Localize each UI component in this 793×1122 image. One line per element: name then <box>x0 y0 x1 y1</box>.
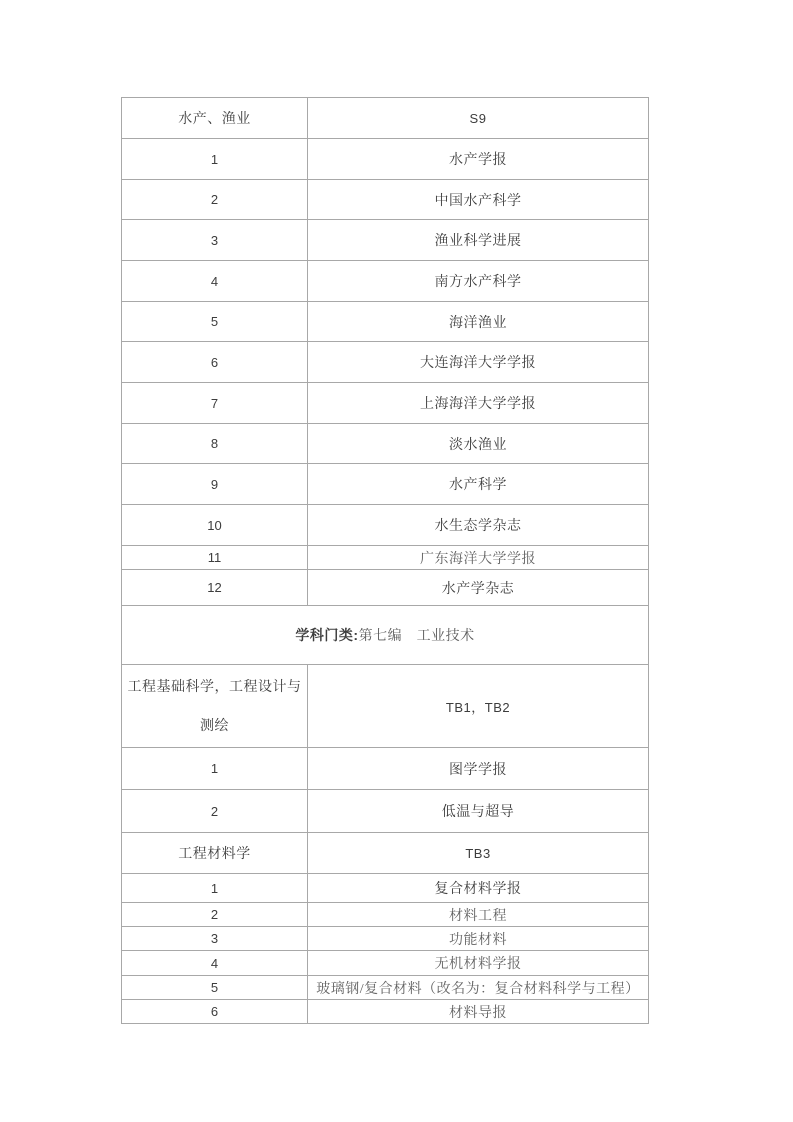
row-number-cell: 1 <box>121 748 308 789</box>
row-number-cell: 3 <box>121 220 308 260</box>
table-row: 工程材料学TB3 <box>121 833 649 874</box>
row-number-cell: 1 <box>121 139 308 179</box>
journal-title-cell: 复合材料学报 <box>308 874 649 902</box>
table-row: 2中国水产科学 <box>121 180 649 220</box>
table-row: 5玻璃钢/复合材料（改名为：复合材料科学与工程） <box>121 976 649 1000</box>
row-number-cell: 4 <box>121 261 308 301</box>
table-row: 8淡水渔业 <box>121 424 649 464</box>
table-row: 10水生态学杂志 <box>121 505 649 546</box>
table-row: 4无机材料学报 <box>121 951 649 976</box>
journal-title-cell: 功能材料 <box>308 927 649 950</box>
table-row: 6大连海洋大学学报 <box>121 342 649 383</box>
table-row: 9水产科学 <box>121 464 649 505</box>
table-row: 4南方水产科学 <box>121 261 649 302</box>
row-number-cell: 6 <box>121 1000 308 1023</box>
row-number-cell: 4 <box>121 951 308 975</box>
row-number-cell: 9 <box>121 464 308 504</box>
row-number-cell: 2 <box>121 180 308 219</box>
journal-title-cell: 水产学杂志 <box>308 570 649 605</box>
category-cell: 工程材料学 <box>121 833 308 873</box>
table-row: 3功能材料 <box>121 927 649 951</box>
section-category-label: 学科门类: <box>295 625 358 645</box>
journal-title-cell: 广东海洋大学学报 <box>308 546 649 569</box>
section-part-label: 第七编 工业技术 <box>359 625 475 645</box>
row-number-cell: 11 <box>121 546 308 569</box>
row-number-cell: 3 <box>121 927 308 950</box>
journal-title-cell: 图学学报 <box>308 748 649 789</box>
table-row: 3渔业科学进展 <box>121 220 649 261</box>
journals-table: 水产、渔业S91水产学报2中国水产科学3渔业科学进展4南方水产科学5海洋渔业6大… <box>121 97 649 1024</box>
table-row: 1复合材料学报 <box>121 874 649 903</box>
category-cell: 工程基础科学，工程设计与测绘 <box>121 665 308 747</box>
row-number-cell: 1 <box>121 874 308 902</box>
table-row: 6材料导报 <box>121 1000 649 1024</box>
journal-title-cell: 大连海洋大学学报 <box>308 342 649 382</box>
journal-title-cell: 海洋渔业 <box>308 302 649 341</box>
table-row: 2低温与超导 <box>121 790 649 833</box>
class-code-cell: TB1，TB2 <box>308 665 649 747</box>
row-number-cell: 5 <box>121 976 308 999</box>
row-number-cell: 6 <box>121 342 308 382</box>
journal-title-cell: 水产学报 <box>308 139 649 179</box>
journal-title-cell: 材料工程 <box>308 903 649 926</box>
document-page: 水产、渔业S91水产学报2中国水产科学3渔业科学进展4南方水产科学5海洋渔业6大… <box>0 0 793 1122</box>
journal-title-cell: 低温与超导 <box>308 790 649 832</box>
section-header-cell: 学科门类:第七编 工业技术 <box>121 606 649 664</box>
category-cell: 水产、渔业 <box>121 98 308 138</box>
row-number-cell: 5 <box>121 302 308 341</box>
table-row: 12水产学杂志 <box>121 570 649 606</box>
table-row: 1水产学报 <box>121 139 649 180</box>
row-number-cell: 2 <box>121 903 308 926</box>
table-row: 5海洋渔业 <box>121 302 649 342</box>
section-header-row: 学科门类:第七编 工业技术 <box>121 606 649 665</box>
row-number-cell: 2 <box>121 790 308 832</box>
row-number-cell: 12 <box>121 570 308 605</box>
table-row: 11广东海洋大学学报 <box>121 546 649 570</box>
table-row: 工程基础科学，工程设计与测绘TB1，TB2 <box>121 665 649 748</box>
class-code-cell: TB3 <box>308 833 649 873</box>
row-number-cell: 8 <box>121 424 308 463</box>
journal-title-cell: 中国水产科学 <box>308 180 649 219</box>
row-number-cell: 7 <box>121 383 308 423</box>
journal-title-cell: 南方水产科学 <box>308 261 649 301</box>
journal-title-cell: 无机材料学报 <box>308 951 649 975</box>
table-row: 7上海海洋大学学报 <box>121 383 649 424</box>
journal-title-cell: 玻璃钢/复合材料（改名为：复合材料科学与工程） <box>308 976 649 999</box>
journal-title-cell: 材料导报 <box>308 1000 649 1023</box>
table-row: 1图学学报 <box>121 748 649 790</box>
class-code-cell: S9 <box>308 98 649 138</box>
table-row: 2材料工程 <box>121 903 649 927</box>
journal-title-cell: 上海海洋大学学报 <box>308 383 649 423</box>
journal-title-cell: 渔业科学进展 <box>308 220 649 260</box>
table-row: 水产、渔业S9 <box>121 98 649 139</box>
journal-title-cell: 淡水渔业 <box>308 424 649 463</box>
row-number-cell: 10 <box>121 505 308 545</box>
journal-title-cell: 水生态学杂志 <box>308 505 649 545</box>
journal-title-cell: 水产科学 <box>308 464 649 504</box>
